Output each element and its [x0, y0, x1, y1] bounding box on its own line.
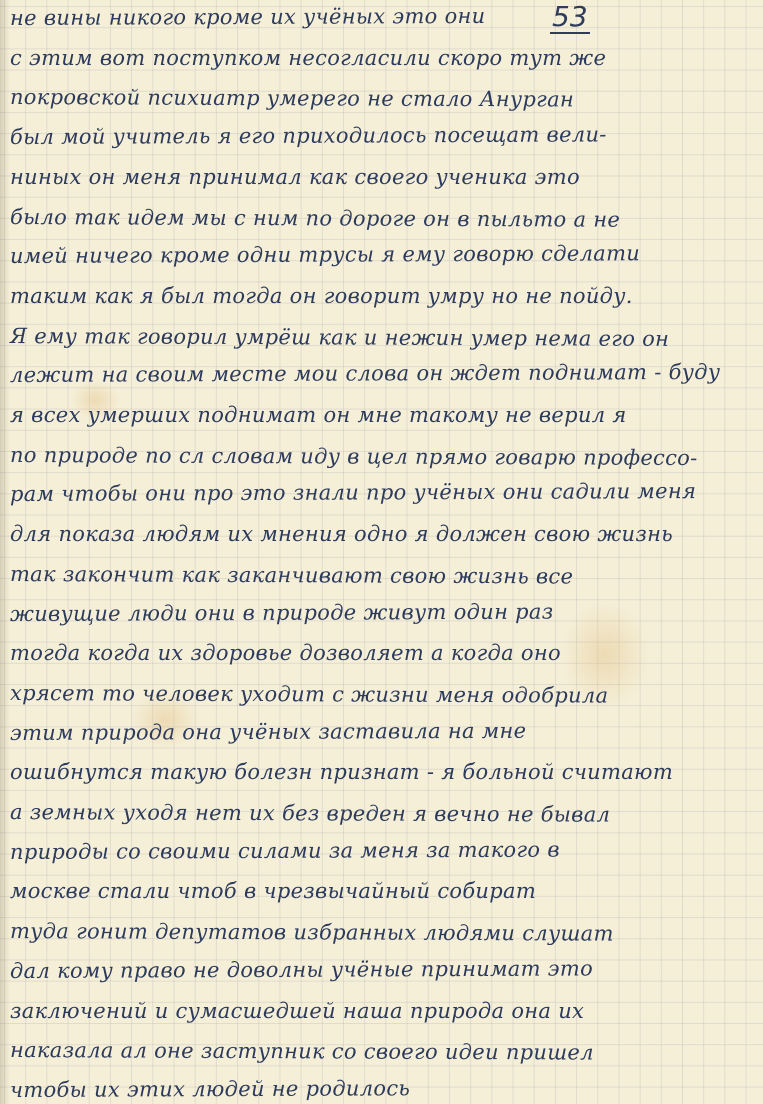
handwritten-line: тогда когда их здоровье дозволяет а когд… — [10, 631, 561, 675]
handwritten-line: для показа людям их мнения одно я должен… — [10, 512, 673, 556]
handwritten-line: я всех умерших поднимат он мне такому не… — [10, 393, 627, 437]
handwritten-line: не вины никого кроме их учёных это они — [10, 0, 486, 40]
handwritten-line: был мой учитель я его приходилось посеща… — [10, 112, 607, 159]
handwritten-line: ошибнутся такую болезн признат - я больн… — [10, 750, 673, 794]
handwritten-line: ниных он меня принимал как своего ученик… — [10, 155, 580, 199]
handwritten-line: заключений и сумасшедшей наша природа он… — [10, 989, 584, 1033]
page-margin-shadow — [0, 0, 10, 1104]
handwritten-line: этим природа она учёных заставила на мне — [10, 708, 527, 754]
handwritten-line: рам чтобы они про это знали про учёных о… — [10, 469, 696, 516]
handwritten-line: лежит на своим месте мои слова он ждет п… — [10, 350, 720, 397]
handwritten-line: таким как я был тогда он говорит умру но… — [10, 274, 633, 318]
handwritten-line: с этим вот поступком несогласили скоро т… — [10, 36, 606, 80]
handwritten-line: имей ничего кроме одни трусы я ему говор… — [10, 231, 640, 278]
handwritten-line: чтобы их этих людей не родилось — [10, 1066, 410, 1104]
handwritten-line: природы со своими силами за меня за тако… — [10, 827, 560, 873]
notebook-page: 53 не вины никого кроме их учёных это он… — [0, 0, 763, 1104]
handwritten-line: дал кому право не доволны учёные принима… — [10, 946, 593, 993]
page-number: 53 — [550, 2, 590, 34]
handwritten-line: живущие люди они в природе живут один ра… — [10, 589, 554, 635]
handwritten-line: москве стали чтоб в чрезвычайный собират — [10, 869, 536, 913]
